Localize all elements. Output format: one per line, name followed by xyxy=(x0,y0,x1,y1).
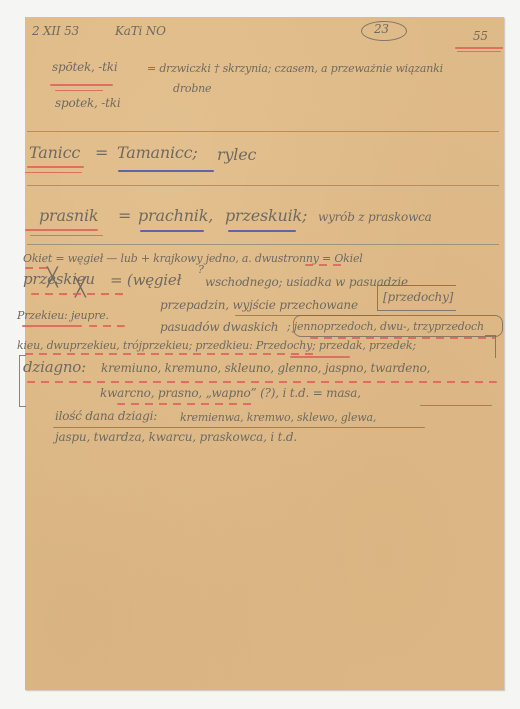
crossout-mark-1: ╳ xyxy=(47,269,58,287)
entry3-equals: = xyxy=(118,208,131,224)
entry4-line5-dash xyxy=(25,353,315,355)
entry4-headword-dash xyxy=(31,293,127,295)
entry1-underline-red xyxy=(50,84,113,86)
entry4-line7: kwarcno, prasno, „wapno” (?), i t.d. = m… xyxy=(100,387,361,399)
entry4-line3-bracket-text: [przedochy] xyxy=(383,291,453,303)
entry1-definition-line1: = drzwiczki † skrzynia; czasem, a przewa… xyxy=(147,63,443,74)
entry2-definition: rylec xyxy=(217,147,256,163)
entry4-line4: pasuadów dwaskich xyxy=(160,321,278,333)
entry3-synonym-1: prachnik, xyxy=(138,208,213,224)
entry4-line5: kieu, dwuprzekieu, trójprzekieu; przedki… xyxy=(17,340,416,351)
entry4-line3-label-underline xyxy=(22,325,82,327)
entry1-variant: spotek, -tki xyxy=(55,97,120,109)
card-number: 23 xyxy=(374,23,389,35)
entry4-line7-dash xyxy=(117,403,257,405)
entry3-underline-red xyxy=(25,229,98,231)
entry2-headword: Tanicc xyxy=(29,145,80,161)
entry4-right-bracket xyxy=(485,335,496,358)
entry4-line6-headword: dziagno: xyxy=(23,360,86,375)
entry4-line8-underline xyxy=(53,427,425,428)
entry4-line2-query: ? xyxy=(198,264,204,275)
entry2-equals: = xyxy=(95,145,108,161)
entry4-line9: jaspu, twardza, kwarcu, praskowca, i t.d… xyxy=(55,431,297,443)
scan-background: 2 XII 53 KaTi NO 23 55 spōtek, -tki = dr… xyxy=(0,0,520,709)
index-card: 2 XII 53 KaTi NO 23 55 spōtek, -tki = dr… xyxy=(25,17,504,690)
entry4-line7-underline xyxy=(420,405,492,406)
page-number-underline-red xyxy=(455,47,503,49)
entry3-definition: wyrób z praskowca xyxy=(318,211,432,223)
page-number: 55 xyxy=(473,30,488,42)
ruled-line-2 xyxy=(27,185,499,186)
entry4-line3: przepadzin, wyjście przechowane xyxy=(160,299,358,311)
entry4-line1: Okiet = węgieł — lub + krajkowy jedno, a… xyxy=(23,253,363,264)
entry4-line3-label: Przekieu: jeupre. xyxy=(17,310,109,321)
entry2-underline-blue xyxy=(118,170,214,172)
card-date: 2 XII 53 xyxy=(32,25,79,37)
entry2-synonym: Tamanicc; xyxy=(117,145,198,161)
entry4-line8-label: ilość dana dziagi: xyxy=(55,410,157,422)
entry1-underline-red-2 xyxy=(55,90,103,91)
entry4-line1-dash-right xyxy=(305,264,343,266)
entry4-line8: kremienwa, kremwo, sklewo, glewa, xyxy=(180,412,376,423)
card-author-mark: KaTi NO xyxy=(115,25,166,37)
ruled-line-1 xyxy=(27,131,499,132)
entry2-underline-red xyxy=(27,166,84,168)
entry4-line4-bracket-text: ; jennoprzedoch, dwu-, trzyprzedoch xyxy=(287,321,484,332)
ruled-line-3 xyxy=(27,244,499,245)
entry4-line6: kremiuno, kremuno, skleuno, glenno, jasp… xyxy=(101,362,430,374)
entry3-headword: prasnik xyxy=(39,208,98,224)
entry3-synonym-2: przeskuik; xyxy=(225,208,307,224)
entry4-line6-dash xyxy=(27,381,497,383)
entry3-underline-blue-2 xyxy=(228,230,296,232)
entry3-underline-blue-1 xyxy=(140,230,204,232)
entry3-underline-red-2 xyxy=(30,235,103,236)
entry2-underline-red-2 xyxy=(25,172,82,173)
page-number-underline-red-2 xyxy=(457,51,501,52)
entry4-line3-label-dash xyxy=(89,325,125,327)
entry1-definition-line2: drobne xyxy=(173,83,211,94)
entry4-line5-underline xyxy=(290,356,350,358)
entry1-headword: spōtek, -tki xyxy=(52,61,117,73)
entry4-line2-equals: = (węgieł xyxy=(110,273,181,288)
